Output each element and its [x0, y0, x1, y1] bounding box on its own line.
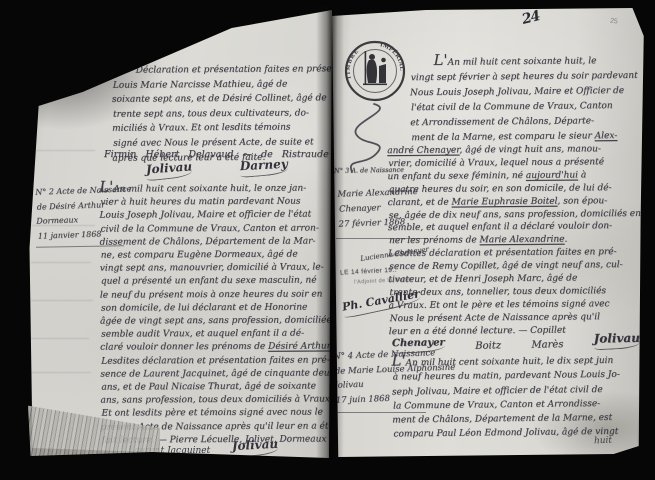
handwritten-line: dissement de Châlons, Département de la … — [100, 235, 338, 249]
folio-number-pencil: 25 — [610, 17, 619, 25]
margin-note-rule — [336, 238, 428, 239]
birth-act-4-text: L'An mil huit cent soixante huit, le dix… — [391, 352, 644, 442]
handwritten-line: trente sept ans, tous deux cultivateurs,… — [113, 106, 333, 122]
handwritten-line: Déclaration et présentation faites en pr… — [112, 62, 332, 78]
handwritten-line: la Commune de Vraux, Canton et Arrondiss… — [393, 396, 645, 413]
handwritten-line: l'état civil de la Commune de Vraux, Can… — [411, 99, 641, 116]
birth-act-3-text-upper: L'An mil huit cent soixante huit, leving… — [410, 53, 641, 146]
bleedthrough-line: EMPIRE FRANÇAIS — [72, 37, 182, 50]
bleedthrough-header: EMPIRE FRANÇAIS ÉTAT CIVIL — [72, 37, 182, 61]
handwritten-line: âgée de vingt sept ans, sans profession,… — [100, 314, 338, 328]
mayor-signature: Jolivau — [594, 331, 641, 350]
catchword: huit — [594, 436, 612, 447]
handwritten-line: claré vouloir donner les prénoms de Dési… — [100, 341, 338, 355]
timbre-imperial-stamp: TIMBRE IMPÉRIAL — [342, 38, 408, 104]
bleedthrough-rule — [31, 300, 93, 301]
bleedthrough-line: ÉTAT CIVIL — [72, 48, 182, 61]
handwritten-line: vingt sept ans, manouvrier, domicilié à … — [100, 262, 338, 276]
witness-signature: Darney — [240, 157, 289, 177]
birth-act-2-text: L'An mil huit cent soixante huit, le onz… — [99, 180, 338, 447]
handwritten-line: L'An mil huit cent soixante huit, le onz… — [99, 180, 337, 196]
handwritten-line: le neuf du présent mois à onze heures du… — [100, 288, 338, 302]
margin-note-act3: Marie AlexandrineChenayer27 février 1868 — [337, 184, 433, 232]
handwritten-line: soixante sept ans, et de Désiré Collinet… — [112, 91, 332, 107]
left-page: EMPIRE FRANÇAIS ÉTAT CIVIL Déclaration e… — [28, 8, 332, 460]
mention-signature: Ph. Cavallier — [341, 287, 421, 317]
handwritten-line: son domicile, de lui déclarant et de Hon… — [101, 301, 339, 315]
mayor-signature: Jolivau — [232, 437, 279, 457]
folio-number-ink: 24 — [520, 8, 541, 28]
marginal-mention-block: Lucienne Chenayer LE 14 février 19.. l'A… — [332, 246, 436, 342]
handwritten-line: vingt sept février à sept heures du soir… — [411, 69, 641, 86]
handwritten-line: Et ont lesdits père et témoins signé ave… — [101, 407, 339, 421]
bleedthrough-rule — [31, 338, 89, 339]
handwritten-line: civil de la Commune de Vraux, Canton et … — [101, 222, 339, 236]
bleedthrough-rule — [31, 262, 91, 263]
register-scan: EMPIRE FRANÇAIS ÉTAT CIVIL Déclaration e… — [0, 0, 655, 480]
handwritten-line: semble audit Vraux, et auquel enfant il … — [101, 328, 339, 342]
handwritten-line: Louis Joseph Jolivau, Maire et officier … — [99, 209, 337, 223]
handwritten-line: ans, et de Paul Nicaise Thurat, âgé de s… — [101, 380, 339, 394]
handwritten-line: vrier, domicilié à Vraux, lequel nous a … — [388, 156, 642, 171]
witness-signature: Marès — [531, 339, 563, 351]
handwritten-line: sence de Laurent Jacquinet, âgé de cinqu… — [100, 367, 338, 381]
handwritten-line: Louis Marie Narcisse Mathieu, âgé de — [113, 77, 333, 93]
handwritten-line: ne, est comparu Eugène Dormeaux, âgé de — [101, 248, 339, 262]
witness-names-line: Firmin Hébert Delavaud — de Ristraude — [104, 149, 340, 160]
stamp-allegory-figure-icon — [363, 51, 387, 85]
bleedthrough-rule — [31, 150, 95, 151]
handwritten-line: Lesdites déclaration et présentation fai… — [101, 354, 339, 368]
witness-signature: Boitz — [475, 340, 501, 351]
mention-stamp-date: LE 14 février 19.. — [340, 267, 397, 277]
handwritten-line: ans, sans profession, tous deux domicili… — [100, 394, 338, 408]
handwritten-line: quel a présenté un enfant du sexe mascul… — [101, 275, 339, 289]
mention-stamp-authority: l'Adjoint de la Mairie — [354, 276, 412, 285]
handwritten-line: miciliés à Vraux. Et ont lesdits témoins — [112, 121, 332, 137]
mention-cursive-name: Lucienne Chenayer — [360, 245, 429, 263]
ink-squiggle-mark — [56, 10, 76, 20]
bleedthrough-rule — [31, 372, 91, 373]
mayor-signature: Jolivau — [145, 159, 192, 180]
handwritten-line: vier à huit heures du matin pardevant No… — [100, 196, 338, 210]
right-page: 24 25 TIMBRE IMPÉRIAL — [332, 8, 645, 460]
